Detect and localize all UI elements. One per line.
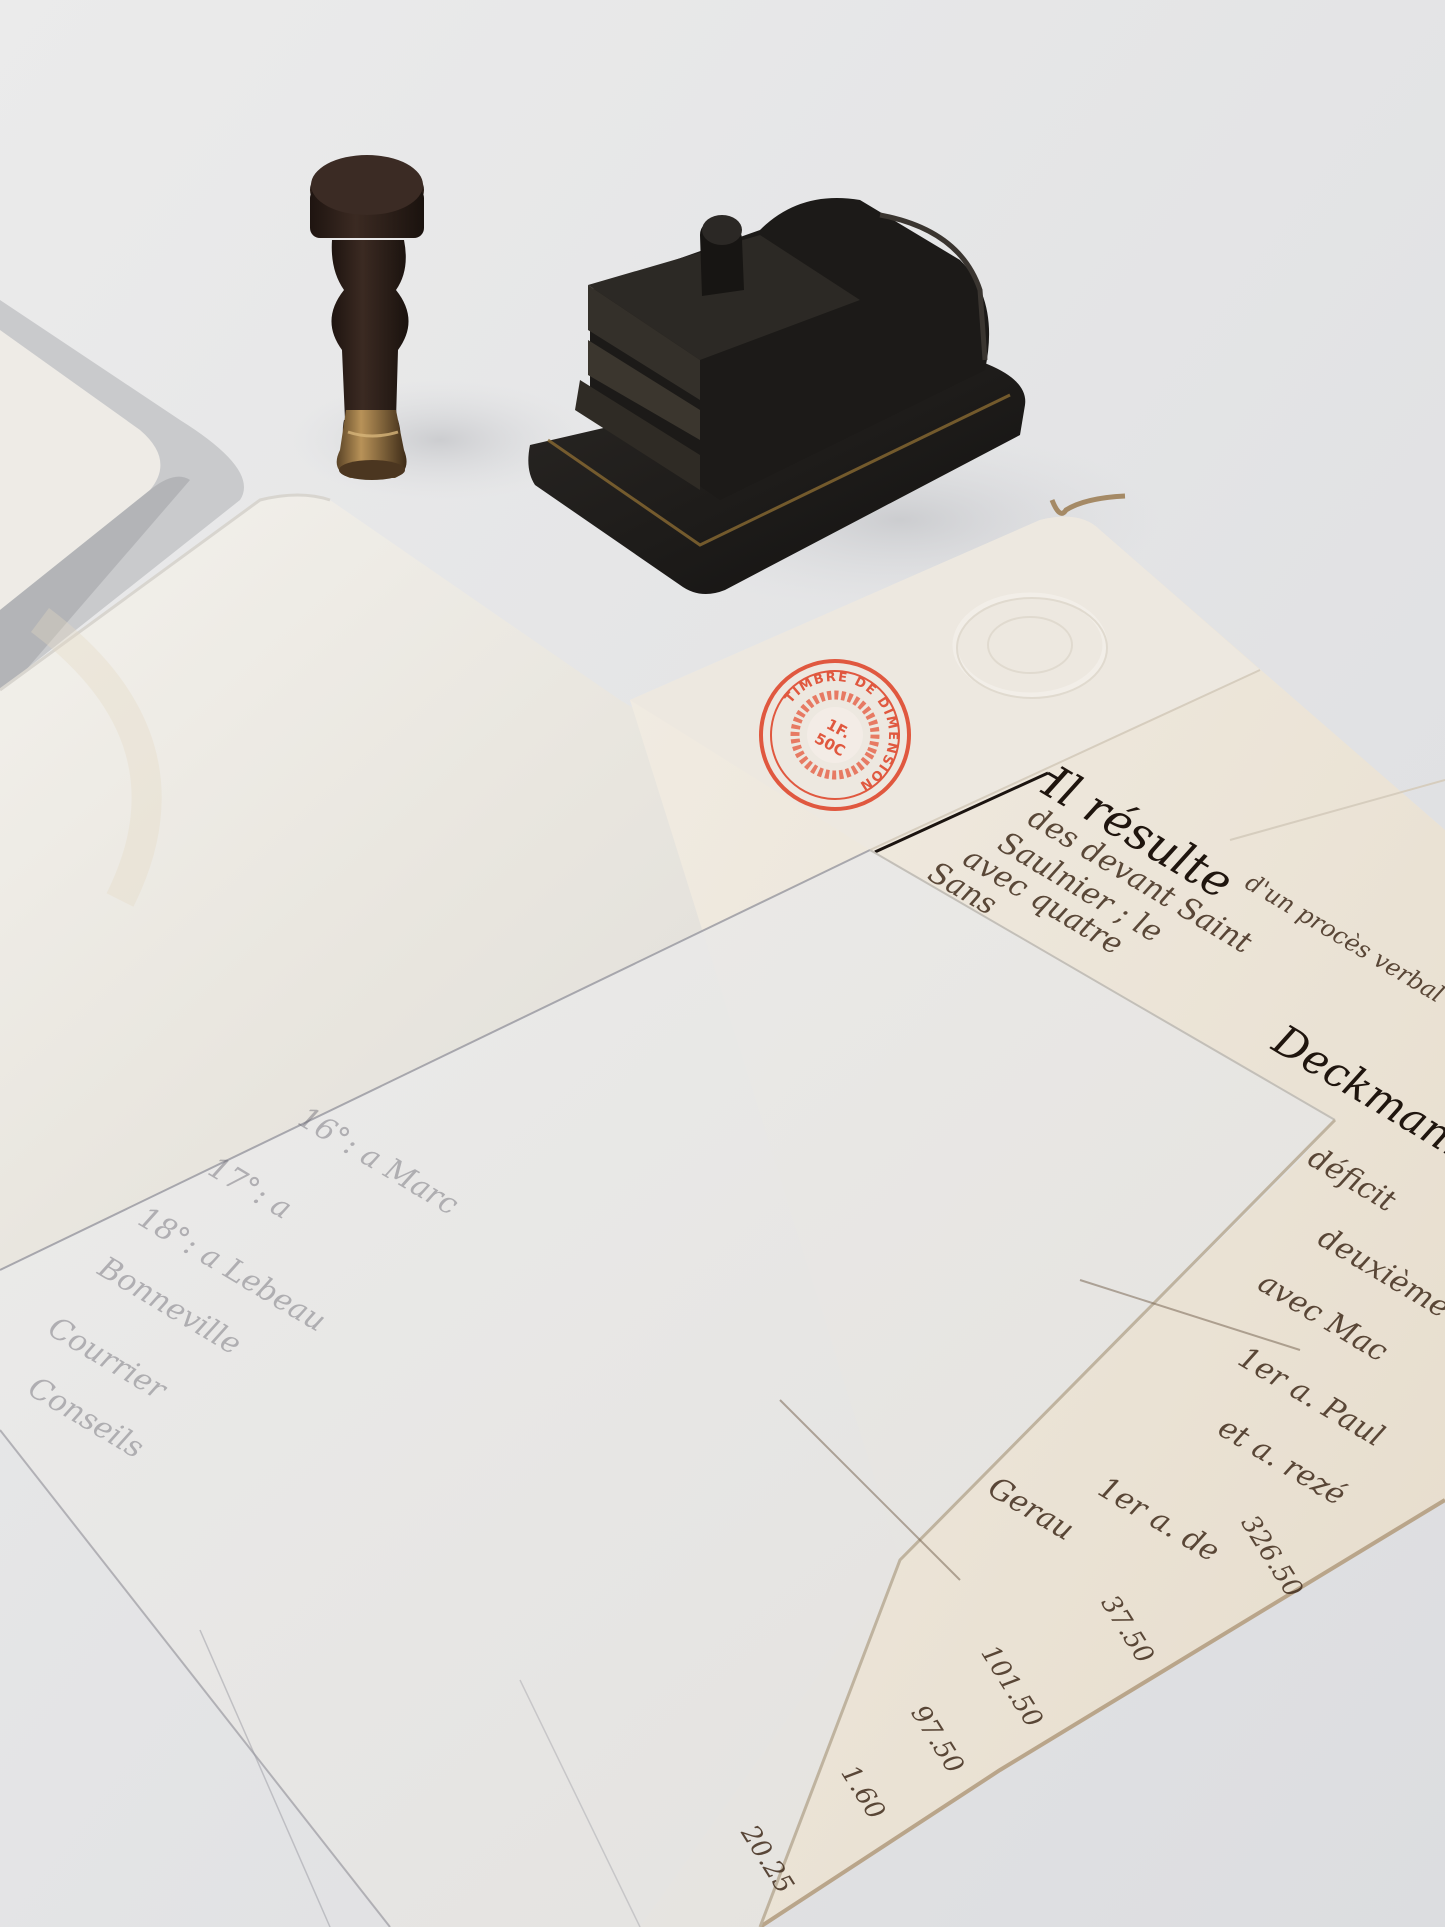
still-life-illustration — [0, 0, 1445, 1927]
photo-scene: TIMBRE DE DIMENSION 1F. 50C Il résulte d… — [0, 0, 1445, 1927]
